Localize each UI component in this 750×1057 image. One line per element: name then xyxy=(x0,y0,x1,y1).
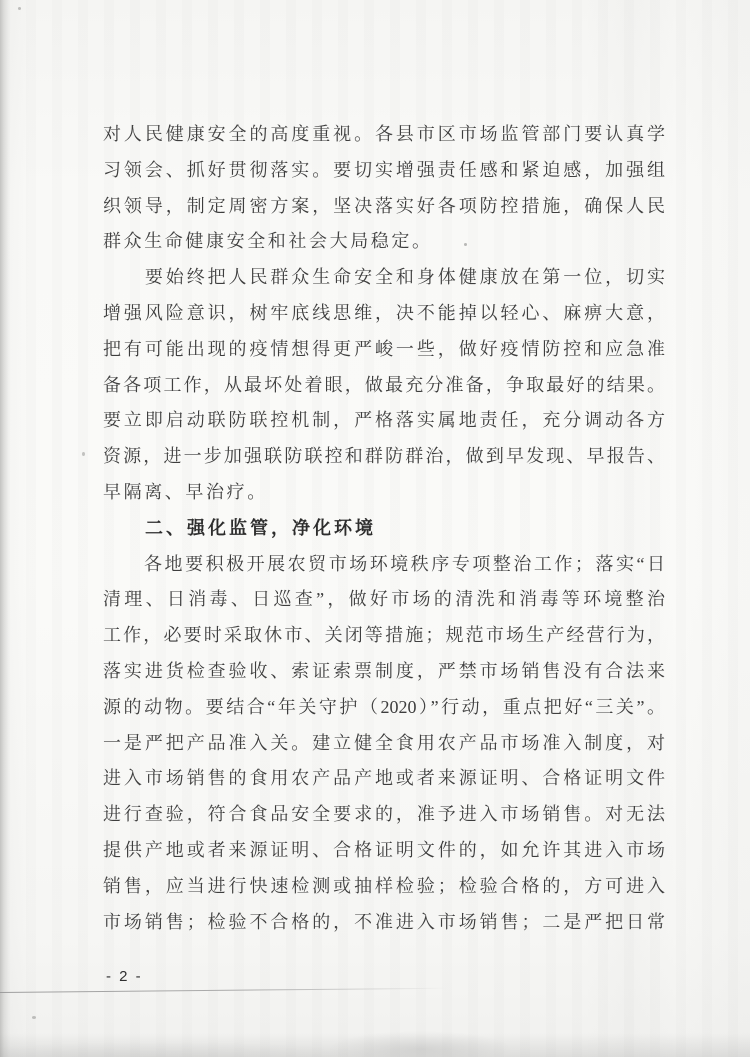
text-line: 市场销售；检验不合格的，不准进入市场销售；二是严把日常 xyxy=(103,905,665,941)
text-line: 早隔离、早治疗。 xyxy=(103,475,665,511)
text-line: 资源，进一步加强联防联控和群防群治，做到早发现、早报告、 xyxy=(103,439,665,475)
text-line: 要立即启动联防联控机制，严格落实属地责任，充分调动各方 xyxy=(103,403,665,439)
text-line: 各地要积极开展农贸市场环境秩序专项整治工作；落实“日 xyxy=(103,547,665,583)
text-line: 一是严把产品准入关。建立健全食用农产品市场准入制度，对 xyxy=(103,726,665,762)
text-line: 把有可能出现的疫情想得更严峻一些，做好疫情防控和应急准 xyxy=(103,332,665,368)
text-line: 增强风险意识，树牢底线思维，决不能掉以轻心、麻痹大意， xyxy=(103,296,665,332)
text-line: 进行查验，符合食品安全要求的，准予进入市场销售。对无法 xyxy=(103,797,665,833)
text-line: 源的动物。要结合“年关守护（2020）”行动，重点把好“三关”。 xyxy=(103,690,665,726)
text-line: 备各项工作，从最坏处着眼，做最充分准备，争取最好的结果。 xyxy=(103,368,665,404)
page-number: - 2 - xyxy=(106,968,143,985)
text-line: 习领会、抓好贯彻落实。要切实增强责任感和紧迫感，加强组 xyxy=(103,153,665,189)
scan-edge-left xyxy=(0,0,9,1057)
text-line: 进入市场销售的食用农产品产地或者来源证明、合格证明文件 xyxy=(103,761,665,797)
section-heading: 二、强化监管，净化环境 xyxy=(103,511,665,547)
scan-speck xyxy=(32,1016,36,1019)
document-body: 对人民健康安全的高度重视。各县市区市场监管部门要认真学习领会、抓好贯彻落实。要切… xyxy=(103,117,665,940)
scan-speck xyxy=(18,7,21,10)
text-line: 要始终把人民群众生命安全和身体健康放在第一位，切实 xyxy=(103,260,665,296)
text-line: 清理、日消毒、日巡查”，做好市场的清洗和消毒等环境整治 xyxy=(103,582,665,618)
text-line: 销售，应当进行快速检测或抽样检验；检验合格的，方可进入 xyxy=(103,869,665,905)
footer-rule xyxy=(0,988,446,993)
text-line: 工作，必要时采取休市、关闭等措施；规范市场生产经营行为， xyxy=(103,618,665,654)
scan-speck xyxy=(82,452,85,456)
scan-bottom-shadow xyxy=(0,997,750,1057)
text-line: 提供产地或者来源证明、合格证明文件的，如允许其进入市场 xyxy=(103,833,665,869)
text-line: 群众生命健康安全和社会大局稳定。 xyxy=(103,224,665,260)
text-line: 织领导，制定周密方案，坚决落实好各项防控措施，确保人民 xyxy=(103,189,665,225)
text-line: 落实进货检查验收、索证索票制度，严禁市场销售没有合法来 xyxy=(103,654,665,690)
text-line: 对人民健康安全的高度重视。各县市区市场监管部门要认真学 xyxy=(103,117,665,153)
scanned-page: 对人民健康安全的高度重视。各县市区市场监管部门要认真学习领会、抓好贯彻落实。要切… xyxy=(0,0,750,1057)
